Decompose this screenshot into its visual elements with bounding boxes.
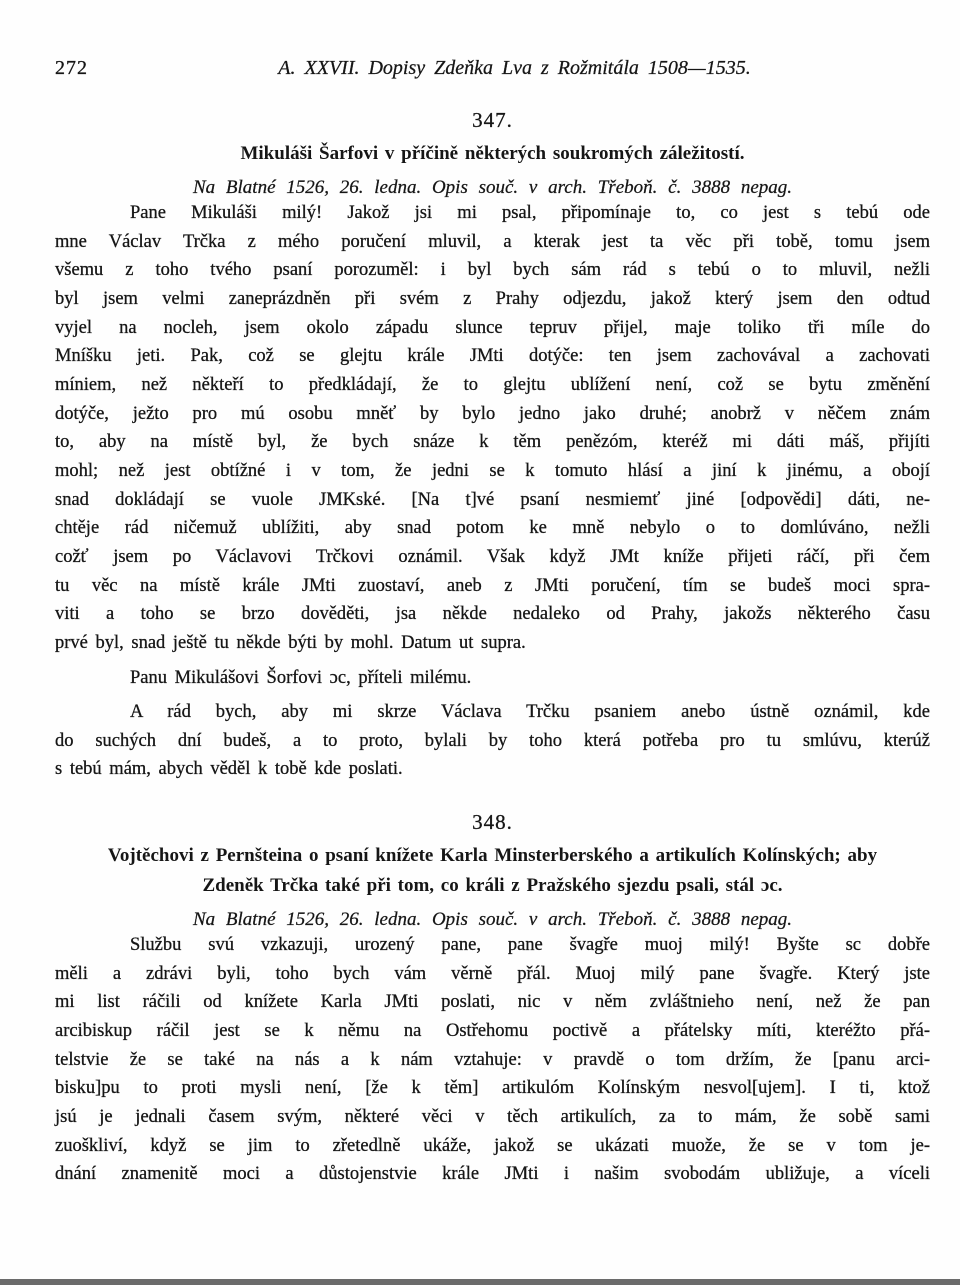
text-line: měli a zdrávi byli, toho bych vám věrně …	[55, 960, 930, 989]
text-line: chtěje rád ničemuž ublížiti, aby snad po…	[55, 514, 930, 543]
text-line: Pane Mikuláši milý! Jakož jsi mi psal, p…	[55, 199, 930, 228]
text-line: A rád bych, aby mi skrze Václava Trčku p…	[55, 698, 930, 727]
text-line: arcibiskup ráčil jest se k němu na Ostře…	[55, 1017, 930, 1046]
document-content: 347.Mikuláši Šarfovi v příčině některých…	[55, 108, 930, 1189]
text-line: telstvie že se také na nás a k nám vztah…	[55, 1046, 930, 1075]
section-heading-line: Mikuláši Šarfovi v příčině některých sou…	[55, 139, 930, 169]
section-heading: Mikuláši Šarfovi v příčině některých sou…	[55, 139, 930, 169]
text-line: míniem, než někteří to předkládají, že t…	[55, 371, 930, 400]
text-line: Mníšku jeti. Pak, což se glejtu krále JM…	[55, 342, 930, 371]
section-heading-line: Zdeněk Trčka také při tom, co králi z Pr…	[55, 871, 930, 901]
text-line: s tebú mám, abych věděl k tobě kde posla…	[55, 755, 930, 784]
text-line: snad dokládají se vuole JMKské. [Na t]vé…	[55, 486, 930, 515]
text-line: viti a toho se brzo dověděti, jsa někde …	[55, 600, 930, 629]
section-heading-line: Vojtěchovi z Pernšteina o psaní knížete …	[55, 841, 930, 871]
text-line: tu věc na místě krále JMti zuostaví, ane…	[55, 572, 930, 601]
section-number: 347.	[55, 108, 930, 133]
text-line: mi list ráčili od knížete Karla JMti pos…	[55, 988, 930, 1017]
text-line: prvé byl, snad ještě tu někde býti by mo…	[55, 629, 930, 658]
running-header: 272 A. XXVII. Dopisy Zdeňka Lva z Rožmit…	[55, 57, 930, 85]
text-line: mohl; než jest obtížné i v tom, že jedni…	[55, 457, 930, 486]
scanned-book-page: 272 A. XXVII. Dopisy Zdeňka Lva z Rožmit…	[0, 0, 960, 1285]
text-line: to, aby na místě byl, že bych snáze k tě…	[55, 428, 930, 457]
text-line: byl jsem velmi zaneprázdněn při svém z P…	[55, 285, 930, 314]
paragraph: A rád bych, aby mi skrze Václava Trčku p…	[55, 698, 930, 784]
running-title: A. XXVII. Dopisy Zdeňka Lva z Rožmitála …	[77, 57, 952, 80]
paragraph: Pane Mikuláši milý! Jakož jsi mi psal, p…	[55, 199, 930, 658]
text-line: bisku]pu to proti mysli není, [že k těm]…	[55, 1074, 930, 1103]
text-line: dotýče, ježto pro mú osobu mněť by bylo …	[55, 400, 930, 429]
text-line: všemu z toho tvého psaní porozuměl: i by…	[55, 256, 930, 285]
paragraph: Službu svú vzkazuji, urozený pane, pane …	[55, 931, 930, 1189]
section-heading: Vojtěchovi z Pernšteina o psaní knížete …	[55, 841, 930, 901]
scan-edge-bar	[0, 1279, 960, 1285]
section-dateline: Na Blatné 1526, 26. ledna. Opis souč. v …	[55, 909, 930, 931]
paragraph: Panu Mikulášovi Šorfovi ɔc, příteli milé…	[55, 664, 930, 693]
text-line: jsú je jednali časem svým, některé věci …	[55, 1103, 930, 1132]
text-line: do suchých dní budeš, a to proto, bylali…	[55, 727, 930, 756]
letter-section: 348.Vojtěchovi z Pernšteina o psaní kníž…	[55, 810, 930, 1189]
section-number: 348.	[55, 810, 930, 835]
letter-section: 347.Mikuláši Šarfovi v příčině některých…	[55, 108, 930, 784]
text-line: mne Václav Trčka z mého poručení mluvil,…	[55, 228, 930, 257]
section-dateline: Na Blatné 1526, 26. ledna. Opis souč. v …	[55, 177, 930, 199]
text-line: cožť jsem po Václavovi Trčkovi oznámil. …	[55, 543, 930, 572]
text-line: vyjel na nocleh, jsem okolo západu slunc…	[55, 314, 930, 343]
text-line: dnání znamenitě moci a důstojenstvie krá…	[55, 1160, 930, 1189]
text-line: Službu svú vzkazuji, urozený pane, pane …	[55, 931, 930, 960]
text-line: Panu Mikulášovi Šorfovi ɔc, příteli milé…	[55, 664, 930, 693]
text-line: zuoškliví, když se jim to zřetedlně ukáž…	[55, 1132, 930, 1161]
